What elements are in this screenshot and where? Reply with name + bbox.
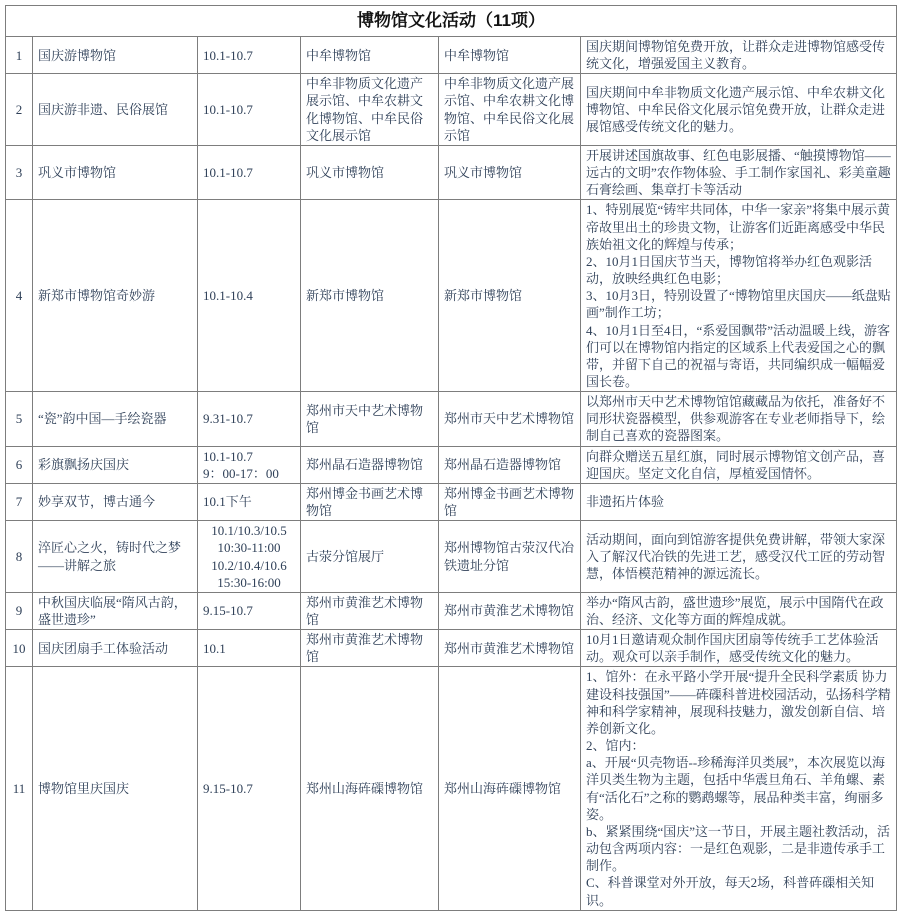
venue: 古荥分馆展厅 — [301, 521, 439, 593]
table-row: 3巩义市博物馆10.1-10.7巩义市博物馆巩义市博物馆开展讲述国旗故事、红色电… — [6, 145, 897, 199]
table-row: 9中秋国庆临展“隋风古韵，盛世遗珍”9.15-10.7郑州市黄淮艺术博物馆郑州市… — [6, 592, 897, 629]
description: 1、特别展览“铸牢共同体，中华一家亲”将集中展示黄帝故里出土的珍贵文物，让游客们… — [581, 200, 897, 392]
description: 以郑州市天中艺术博物馆馆藏藏品为依托，准备好不同形状瓷器模型，供参观游客在专业老… — [581, 392, 897, 446]
activity-date: 10.1-10.7 — [198, 37, 301, 74]
organizer: 巩义市博物馆 — [439, 145, 581, 199]
activity-name: 新郑市博物馆奇妙游 — [33, 200, 198, 392]
row-number: 2 — [6, 74, 33, 146]
activity-date: 10.1-10.7 9：00-17：00 — [198, 446, 301, 483]
venue: 郑州博金书画艺术博物馆 — [301, 483, 439, 520]
activity-date: 10.1/10.3/10.5 10:30-11:00 10.2/10.4/10.… — [198, 521, 301, 593]
activity-date: 9.31-10.7 — [198, 392, 301, 446]
description: 国庆期间中牟非物质文化遗产展示馆、中牟农耕文化博物馆、中牟民俗文化展示馆免费开放… — [581, 74, 897, 146]
venue: 郑州市天中艺术博物馆 — [301, 392, 439, 446]
activity-date: 10.1-10.7 — [198, 145, 301, 199]
activity-name: 国庆游非遗、民俗展馆 — [33, 74, 198, 146]
organizer: 新郑市博物馆 — [439, 200, 581, 392]
table-row: 6彩旗飘扬庆国庆10.1-10.7 9：00-17：00郑州晶石造器博物馆郑州晶… — [6, 446, 897, 483]
organizer: 郑州市黄淮艺术博物馆 — [439, 592, 581, 629]
venue: 郑州晶石造器博物馆 — [301, 446, 439, 483]
activity-date: 9.15-10.7 — [198, 592, 301, 629]
venue: 郑州市黄淮艺术博物馆 — [301, 592, 439, 629]
venue: 巩义市博物馆 — [301, 145, 439, 199]
activities-table: 博物馆文化活动（11项） 1国庆游博物馆10.1-10.7中牟博物馆中牟博物馆国… — [5, 5, 897, 911]
activity-date: 10.1-10.7 — [198, 74, 301, 146]
row-number: 10 — [6, 630, 33, 667]
activity-name: 淬匠心之火，铸时代之梦——讲解之旅 — [33, 521, 198, 593]
activities-tbody: 1国庆游博物馆10.1-10.7中牟博物馆中牟博物馆国庆期间博物馆免费开放，让群… — [6, 37, 897, 911]
description: 举办“隋风古韵，盛世遗珍”展览，展示中国隋代在政治、经济、文化等方面的辉煌成就。 — [581, 592, 897, 629]
row-number: 3 — [6, 145, 33, 199]
description: 向群众赠送五星红旗，同时展示博物馆文创产品，喜迎国庆。坚定文化自信，厚植爱国情怀… — [581, 446, 897, 483]
row-number: 6 — [6, 446, 33, 483]
row-number: 5 — [6, 392, 33, 446]
row-number: 9 — [6, 592, 33, 629]
activity-name: 博物馆里庆国庆 — [33, 667, 198, 910]
table-row: 4新郑市博物馆奇妙游10.1-10.4新郑市博物馆新郑市博物馆1、特别展览“铸牢… — [6, 200, 897, 392]
organizer: 郑州晶石造器博物馆 — [439, 446, 581, 483]
organizer: 中牟博物馆 — [439, 37, 581, 74]
activity-name: 妙享双节，博古通今 — [33, 483, 198, 520]
activity-date: 10.1下午 — [198, 483, 301, 520]
activity-name: “瓷”韵中国—手绘瓷器 — [33, 392, 198, 446]
venue: 郑州市黄淮艺术博物馆 — [301, 630, 439, 667]
organizer: 郑州市天中艺术博物馆 — [439, 392, 581, 446]
organizer: 郑州博金书画艺术博物馆 — [439, 483, 581, 520]
table-row: 1国庆游博物馆10.1-10.7中牟博物馆中牟博物馆国庆期间博物馆免费开放，让群… — [6, 37, 897, 74]
table-row: 5“瓷”韵中国—手绘瓷器9.31-10.7郑州市天中艺术博物馆郑州市天中艺术博物… — [6, 392, 897, 446]
table-title-row: 博物馆文化活动（11项） — [6, 6, 897, 37]
description: 开展讲述国旗故事、红色电影展播、“触摸博物馆——远古的文明”农作物体验、手工制作… — [581, 145, 897, 199]
row-number: 8 — [6, 521, 33, 593]
description: 国庆期间博物馆免费开放，让群众走进博物馆感受传统文化，增强爱国主义教育。 — [581, 37, 897, 74]
organizer: 中牟非物质文化遗产展示馆、中牟农耕文化博物馆、中牟民俗文化展示馆 — [439, 74, 581, 146]
activity-date: 10.1 — [198, 630, 301, 667]
description: 活动期间，面向到馆游客提供免费讲解，带领大家深入了解汉代冶铁的先进工艺，感受汉代… — [581, 521, 897, 593]
venue: 中牟博物馆 — [301, 37, 439, 74]
activity-name: 彩旗飘扬庆国庆 — [33, 446, 198, 483]
activity-name: 巩义市博物馆 — [33, 145, 198, 199]
organizer: 郑州山海砗磲博物馆 — [439, 667, 581, 910]
row-number: 7 — [6, 483, 33, 520]
activity-name: 中秋国庆临展“隋风古韵，盛世遗珍” — [33, 592, 198, 629]
row-number: 1 — [6, 37, 33, 74]
table-row: 8淬匠心之火，铸时代之梦——讲解之旅10.1/10.3/10.5 10:30-1… — [6, 521, 897, 593]
row-number: 4 — [6, 200, 33, 392]
venue: 郑州山海砗磲博物馆 — [301, 667, 439, 910]
table-row: 10国庆团扇手工体验活动10.1郑州市黄淮艺术博物馆郑州市黄淮艺术博物馆10月1… — [6, 630, 897, 667]
table-row: 7妙享双节，博古通今10.1下午郑州博金书画艺术博物馆郑州博金书画艺术博物馆非遗… — [6, 483, 897, 520]
page-title: 博物馆文化活动（11项） — [6, 6, 897, 37]
activity-date: 10.1-10.4 — [198, 200, 301, 392]
venue: 新郑市博物馆 — [301, 200, 439, 392]
activity-name: 国庆团扇手工体验活动 — [33, 630, 198, 667]
organizer: 郑州博物馆古荥汉代冶铁遗址分馆 — [439, 521, 581, 593]
description: 1、馆外：在永平路小学开展“提升全民科学素质 协力建设科技强国”——砗磲科普进校… — [581, 667, 897, 910]
description: 非遗拓片体验 — [581, 483, 897, 520]
row-number: 11 — [6, 667, 33, 910]
table-row: 11博物馆里庆国庆9.15-10.7郑州山海砗磲博物馆郑州山海砗磲博物馆1、馆外… — [6, 667, 897, 910]
description: 10月1日邀请观众制作国庆团扇等传统手工艺体验活动。观众可以亲手制作，感受传统文… — [581, 630, 897, 667]
organizer: 郑州市黄淮艺术博物馆 — [439, 630, 581, 667]
activity-name: 国庆游博物馆 — [33, 37, 198, 74]
activity-date: 9.15-10.7 — [198, 667, 301, 910]
venue: 中牟非物质文化遗产展示馆、中牟农耕文化博物馆、中牟民俗文化展示馆 — [301, 74, 439, 146]
table-row: 2国庆游非遗、民俗展馆10.1-10.7中牟非物质文化遗产展示馆、中牟农耕文化博… — [6, 74, 897, 146]
